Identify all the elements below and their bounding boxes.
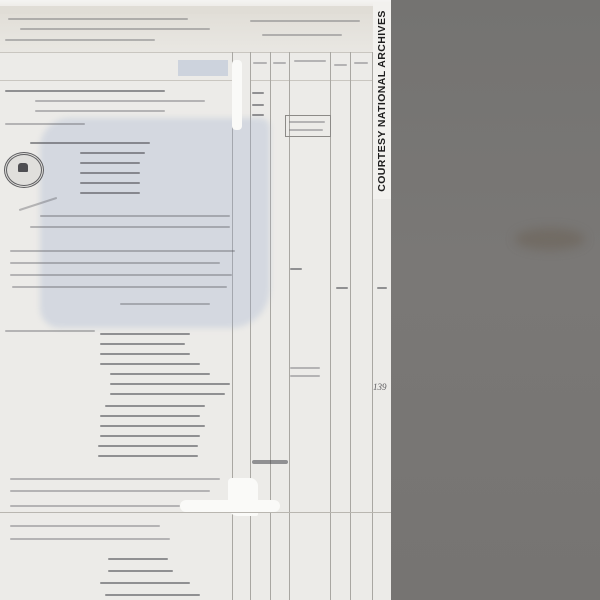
boxed-note-text — [289, 121, 325, 123]
handwriting-line — [80, 182, 140, 184]
header-handwriting-line — [262, 34, 342, 36]
column-header-text — [334, 64, 347, 66]
handwriting-line — [5, 330, 95, 332]
boxed-note — [285, 115, 331, 137]
column-header-text — [273, 62, 286, 64]
header-handwriting-line — [5, 39, 155, 41]
signature-line — [100, 582, 190, 584]
handwriting-line — [10, 262, 220, 264]
handwriting-line — [35, 100, 205, 102]
handwriting-line — [80, 172, 140, 174]
paper-tear — [232, 60, 242, 130]
handwriting-line — [5, 123, 85, 125]
handwriting-line — [12, 286, 227, 288]
signature-line — [108, 558, 168, 560]
ruled-line — [0, 52, 391, 53]
header-handwriting-line — [8, 18, 188, 20]
column-note — [290, 367, 320, 369]
handwriting-line — [10, 478, 220, 480]
crown-seal-icon — [4, 152, 44, 188]
blue-stain — [40, 118, 270, 328]
margin-number: 139 — [373, 382, 387, 392]
handwriting-line — [80, 152, 145, 154]
column-header-text — [354, 62, 368, 64]
column-header-rule — [250, 80, 391, 81]
list-entry-line — [100, 415, 200, 417]
column-header-text — [253, 62, 267, 64]
boxed-note-text — [289, 129, 323, 131]
total-entry — [252, 460, 288, 464]
list-entry-line — [110, 393, 225, 395]
amount-entry — [252, 114, 264, 116]
column-rule — [270, 52, 271, 600]
paper-tear — [180, 500, 280, 512]
column-header-text — [294, 60, 326, 62]
credit-text: COURTESY NATIONAL ARCHIVES — [376, 10, 388, 192]
photo-credit: COURTESY NATIONAL ARCHIVES — [373, 3, 391, 199]
column-rule — [350, 52, 351, 600]
list-entry-line — [100, 333, 190, 335]
handwriting-line — [80, 162, 140, 164]
handwriting-line — [10, 538, 170, 540]
handwriting-line — [80, 192, 140, 194]
handwriting-line — [10, 274, 232, 276]
blur-smudge — [515, 228, 585, 250]
handwriting-line — [10, 490, 210, 492]
stamp-mark — [178, 60, 228, 76]
amount-entry — [252, 92, 264, 94]
ledger-document: 139 COURTESY NATIONAL ARCHIVES — [0, 0, 391, 600]
list-entry-line — [100, 425, 205, 427]
handwriting-line — [5, 90, 165, 92]
handwriting-line — [40, 215, 230, 217]
fold-line — [0, 512, 391, 513]
list-entry-line — [98, 445, 198, 447]
handwriting-line — [30, 226, 230, 228]
signature-line — [108, 570, 173, 572]
blurred-side-panel — [391, 0, 600, 600]
handwriting-line — [120, 303, 210, 305]
handwriting-line — [35, 110, 165, 112]
amount-entry — [336, 287, 348, 289]
handwriting-line — [10, 250, 235, 252]
handwriting-line — [30, 142, 150, 144]
list-entry-line — [100, 363, 200, 365]
list-entry-line — [110, 383, 230, 385]
header-handwriting-line — [250, 20, 360, 22]
list-entry-line — [105, 405, 205, 407]
ruled-line — [0, 80, 240, 81]
header-handwriting-line — [20, 28, 210, 30]
list-entry-line — [98, 455, 198, 457]
handwriting-line — [10, 525, 160, 527]
list-entry-line — [100, 435, 200, 437]
amount-entry — [290, 268, 302, 270]
list-entry-line — [100, 343, 185, 345]
column-note — [290, 375, 320, 377]
amount-entry — [252, 104, 264, 106]
amount-entry — [377, 287, 387, 289]
signature-line — [105, 594, 200, 596]
list-entry-line — [100, 353, 190, 355]
handwriting-line — [10, 505, 180, 507]
list-entry-line — [110, 373, 210, 375]
